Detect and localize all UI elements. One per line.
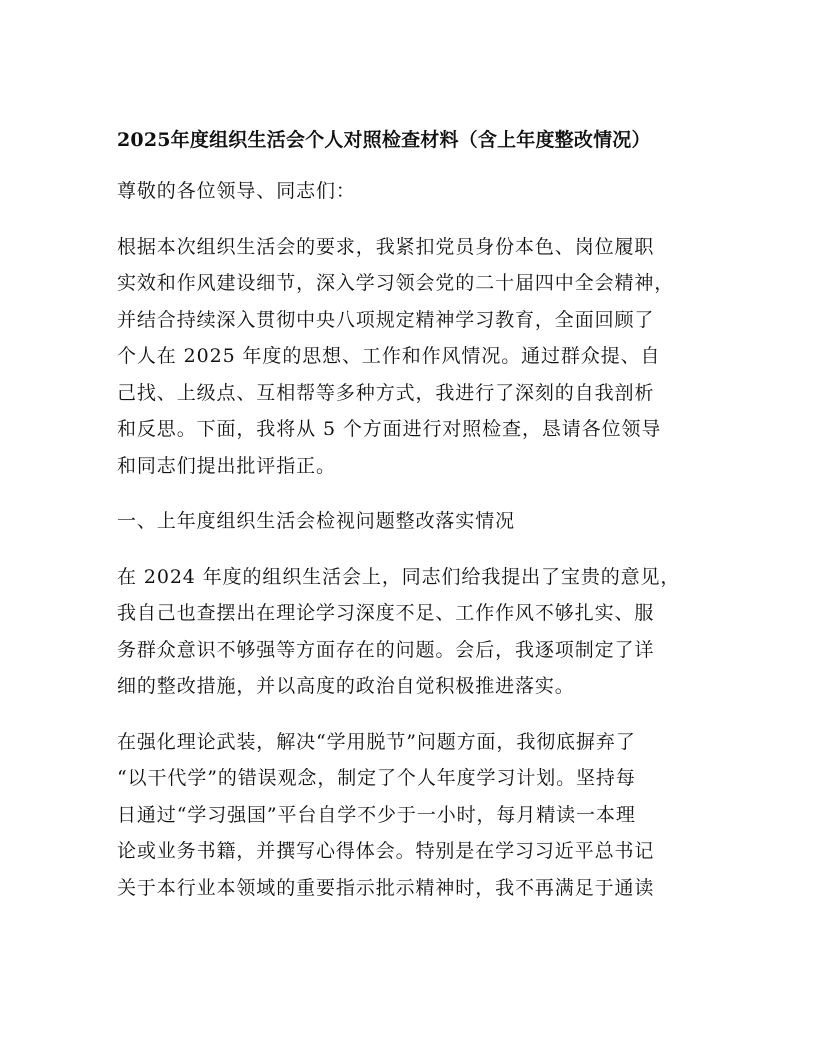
paragraph-line: 个人在 2025 年度的思想、工作和作风情况。通过群众提、自: [117, 338, 702, 375]
paragraph-line: 关于本行业本领域的重要指示批示精神时，我不再满足于通读: [117, 870, 702, 907]
paragraph-line: 我自己也查摆出在理论学习深度不足、工作作风不够扎实、服: [117, 595, 702, 632]
section-1-paragraph-1: 在 2024 年度的组织生活会上，同志们给我提出了宝贵的意见， 我自己也查摆出在…: [117, 559, 702, 705]
paragraph-line: 在 2024 年度的组织生活会上，同志们给我提出了宝贵的意见，: [117, 559, 702, 596]
paragraph-line: 并结合持续深入贯彻中央八项规定精神学习教育，全面回顾了: [117, 302, 702, 339]
section-1-paragraph-2: 在强化理论武装，解决“学用脱节”问题方面，我彻底摒弃了 “以干代学”的错误观念，…: [117, 724, 702, 907]
paragraph-line: 论或业务书籍，并撰写心得体会。特别是在学习习近平总书记: [117, 833, 702, 870]
paragraph-line: 在强化理论武装，解决“学用脱节”问题方面，我彻底摒弃了: [117, 724, 702, 761]
paragraph-line: 己找、上级点、互相帮等多种方式，我进行了深刻的自我剖析: [117, 375, 702, 412]
document-title: 2025年度组织生活会个人对照检查材料（含上年度整改情况）: [117, 126, 702, 154]
paragraph-line: 日通过“学习强国”平台自学不少于一小时，每月精读一本理: [117, 797, 702, 834]
salutation: 尊敬的各位领导、同志们：: [117, 173, 702, 210]
paragraph-line: “以干代学”的错误观念，制定了个人年度学习计划。坚持每: [117, 760, 702, 797]
document-body: 2025年度组织生活会个人对照检查材料（含上年度整改情况） 尊敬的各位领导、同志…: [117, 126, 702, 925]
paragraph-line: 实效和作风建设细节，深入学习领会党的二十届四中全会精神，: [117, 265, 702, 302]
intro-paragraph: 根据本次组织生活会的要求，我紧扣党员身份本色、岗位履职 实效和作风建设细节，深入…: [117, 229, 702, 485]
paragraph-line: 根据本次组织生活会的要求，我紧扣党员身份本色、岗位履职: [117, 229, 702, 266]
paragraph-line: 和反思。下面，我将从 5 个方面进行对照检查，恳请各位领导: [117, 411, 702, 448]
paragraph-line: 和同志们提出批评指正。: [117, 448, 702, 485]
paragraph-line: 务群众意识不够强等方面存在的问题。会后，我逐项制定了详: [117, 632, 702, 669]
paragraph-line: 细的整改措施，并以高度的政治自觉积极推进落实。: [117, 668, 702, 705]
document-page: 2025年度组织生活会个人对照检查材料（含上年度整改情况） 尊敬的各位领导、同志…: [0, 0, 816, 1056]
section-1-heading: 一、上年度组织生活会检视问题整改落实情况: [117, 503, 702, 540]
